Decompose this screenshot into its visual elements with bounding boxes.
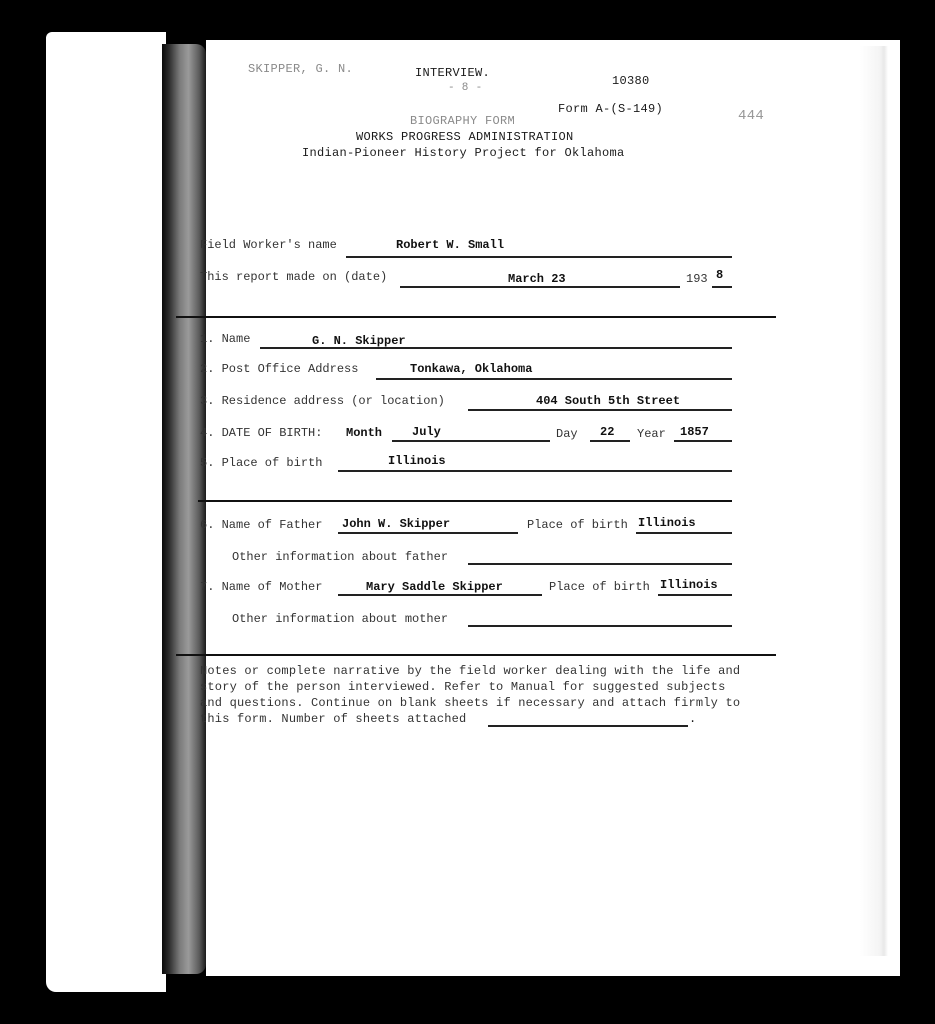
birth-year-value: 1857 <box>680 425 709 439</box>
section-divider-3 <box>176 654 776 656</box>
report-date-label: This report made on (date) <box>200 270 387 284</box>
mother-birthplace-value: Illinois <box>660 578 718 592</box>
mother-other-label: Other information about mother <box>232 612 448 626</box>
birth-year-field[interactable] <box>674 440 732 442</box>
worker-name-value: Robert W. Small <box>396 238 504 252</box>
father-birthplace-label: Place of birth <box>527 518 628 532</box>
book-spine <box>162 44 206 974</box>
birthplace-value: Illinois <box>388 454 446 468</box>
birthplace-field[interactable] <box>338 470 732 472</box>
page-edge <box>860 46 900 956</box>
form-title: BIOGRAPHY FORM <box>410 114 515 128</box>
day-field[interactable] <box>590 440 630 442</box>
subject-name-header: SKIPPER, G. N. <box>248 62 353 76</box>
father-birthplace-value: Illinois <box>638 516 696 530</box>
page-marker: - 8 - <box>448 82 483 94</box>
post-office-field[interactable] <box>376 378 732 380</box>
mother-field[interactable] <box>338 594 542 596</box>
mother-birthplace-label: Place of birth <box>549 580 650 594</box>
doc-number: 10380 <box>612 74 650 88</box>
report-year-field[interactable] <box>712 286 732 288</box>
father-other-field[interactable] <box>468 563 732 565</box>
document-page <box>206 40 900 976</box>
post-office-label: 2. Post Office Address <box>200 362 358 376</box>
report-date-value: March 23 <box>508 272 566 286</box>
section-divider-2 <box>198 500 732 502</box>
margin-number: 444 <box>738 108 764 124</box>
name-label: 1. Name <box>200 332 250 346</box>
sheets-attached-field[interactable] <box>488 725 688 727</box>
doc-type: INTERVIEW. <box>415 66 490 80</box>
residence-label: 3. Residence address (or location) <box>200 394 445 408</box>
report-year-value: 8 <box>716 268 723 282</box>
day-value: 22 <box>600 425 614 439</box>
post-office-value: Tonkawa, Oklahoma <box>410 362 532 376</box>
terminal-period: . <box>689 712 697 726</box>
mother-birthplace-field[interactable] <box>658 594 732 596</box>
month-value: July <box>412 425 441 439</box>
residence-field[interactable] <box>468 409 732 411</box>
name-value: G. N. Skipper <box>312 334 406 348</box>
father-label: 6. Name of Father <box>200 518 322 532</box>
father-other-label: Other information about father <box>232 550 448 564</box>
residence-value: 404 South 5th Street <box>536 394 680 408</box>
month-label: Month <box>346 426 382 440</box>
father-field[interactable] <box>338 532 518 534</box>
year-label: Year <box>637 427 666 441</box>
notes-line-3: and questions. Continue on blank sheets … <box>200 696 740 710</box>
project-name: Indian-Pioneer History Project for Oklah… <box>302 146 625 160</box>
mother-other-field[interactable] <box>468 625 732 627</box>
left-page <box>46 32 166 992</box>
form-id: Form A-(S-149) <box>558 102 663 116</box>
father-birthplace-field[interactable] <box>636 532 732 534</box>
notes-line-1: Notes or complete narrative by the field… <box>200 664 740 678</box>
agency-name: WORKS PROGRESS ADMINISTRATION <box>356 130 574 144</box>
mother-value: Mary Saddle Skipper <box>366 580 503 594</box>
day-label: Day <box>556 427 578 441</box>
worker-name-field[interactable] <box>346 256 732 258</box>
father-value: John W. Skipper <box>342 517 450 531</box>
section-divider <box>176 316 776 318</box>
mother-label: 7. Name of Mother <box>200 580 322 594</box>
dob-label: 4. DATE OF BIRTH: <box>200 426 322 440</box>
year-prefix: 193 <box>686 272 708 286</box>
notes-line-2: story of the person interviewed. Refer t… <box>200 680 725 694</box>
worker-name-label: Field Worker's name <box>200 238 337 252</box>
birthplace-label: 5. Place of birth <box>200 456 322 470</box>
month-field[interactable] <box>392 440 550 442</box>
report-date-field[interactable] <box>400 286 680 288</box>
notes-line-4: this form. Number of sheets attached <box>200 712 466 726</box>
